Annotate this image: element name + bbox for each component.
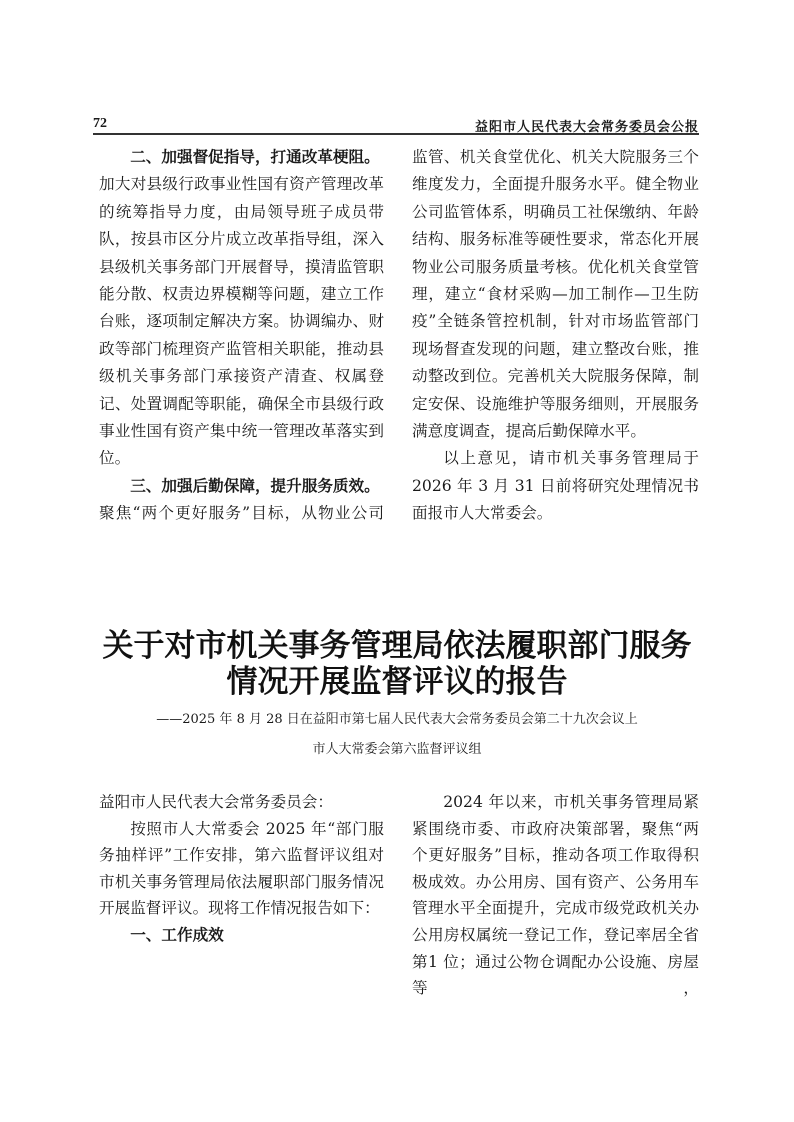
top-left-column: 二、加强督促指导，打通改革梗阻。 加大对县级行政事业性国有资产管理改革的统筹指导… <box>99 144 384 528</box>
paragraph: 加大对县级行政事业性国有资产管理改革的统筹指导力度，由局领导班子成员带队，按县市… <box>99 171 384 472</box>
header-rule <box>93 133 699 135</box>
bottom-right-column: 2024 年以来，市机关事务管理局紧紧围绕市委、市政府决策部署，聚焦“两个更好服… <box>412 789 699 1002</box>
paragraph-continued: 聚焦“两个更好服务”目标，从物业公司 <box>99 500 384 527</box>
title-line-2: 情况开展监督评议的报告 <box>100 664 694 700</box>
closing-paragraph: 以上意见，请市机关事务管理局于2026 年 3 月 31 日前将研究处理情况书面… <box>412 445 699 527</box>
top-right-column: 监管、机关食堂优化、机关大院服务三个维度发力，全面提升服务水平。健全物业公司监管… <box>412 144 699 528</box>
page-number: 72 <box>93 116 107 132</box>
section-heading-3: 三、加强后勤保障，提升服务质效。 <box>99 473 384 500</box>
paragraph: 按照市人大常委会 2025 年“部门服务抽样评”工作安排，第六监督评议组对市机关… <box>99 816 384 922</box>
section-heading-2: 二、加强督促指导，打通改革梗阻。 <box>99 144 384 171</box>
salutation: 益阳市人民代表大会常务委员会： <box>99 789 384 816</box>
running-header: 72 益阳市人民代表大会常务委员会公报 <box>93 114 699 134</box>
paragraph: 2024 年以来，市机关事务管理局紧紧围绕市委、市政府决策部署，聚焦“两个更好服… <box>412 789 699 1002</box>
report-subtitle: ——2025 年 8 月 28 日在益阳市第七届人民代表大会常务委员会第二十九次… <box>100 705 694 765</box>
title-line-1: 关于对市机关事务管理局依法履职部门服务 <box>100 628 694 664</box>
report-title: 关于对市机关事务管理局依法履职部门服务 情况开展监督评议的报告 <box>100 628 694 700</box>
bottom-left-column: 益阳市人民代表大会常务委员会： 按照市人大常委会 2025 年“部门服务抽样评”… <box>99 789 384 949</box>
subtitle-line-2: 市人大常委会第六监督评议组 <box>100 735 694 765</box>
section-heading-1: 一、工作成效 <box>99 922 384 949</box>
paragraph-continuation: 监管、机关食堂优化、机关大院服务三个维度发力，全面提升服务水平。健全物业公司监管… <box>412 144 699 445</box>
subtitle-line-1: ——2025 年 8 月 28 日在益阳市第七届人民代表大会常务委员会第二十九次… <box>100 705 694 735</box>
